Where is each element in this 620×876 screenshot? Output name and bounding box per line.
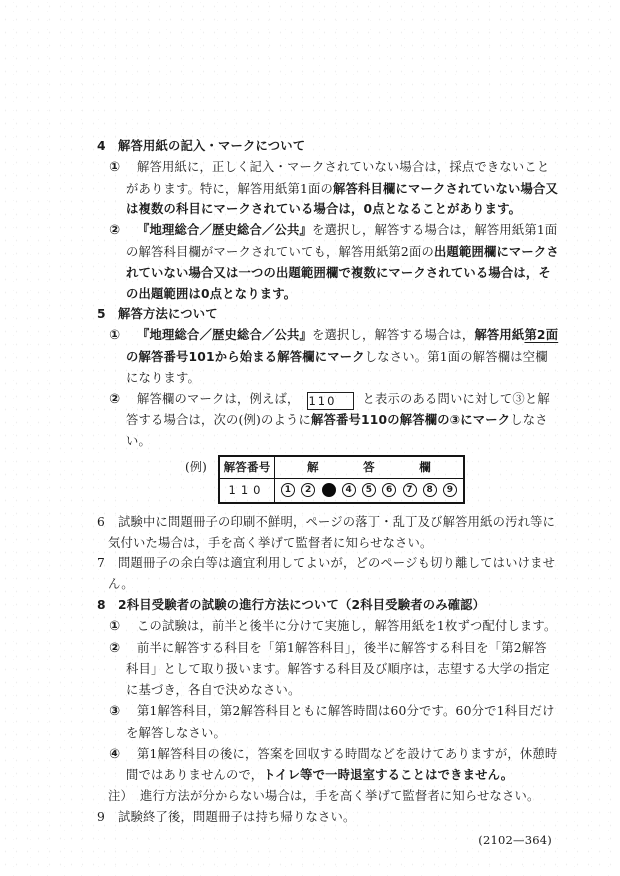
circled-2-marker: ② — [109, 221, 137, 242]
text-segment: トイレ等で一時退室することはできません。 — [263, 768, 513, 782]
section-8-title: 2科目受験者の試験の進行方法について（2科目受験者のみ確認） — [118, 598, 485, 612]
mark-bubble: 8 — [423, 483, 437, 497]
mark-bubble: 6 — [382, 483, 396, 497]
item-8-2-text: 前半に解答する科目を「第1解答科目」，後半に解答する科目を「第2解答科目」として… — [126, 641, 550, 698]
item-9-text: 試験終了後，問題冊子は持ち帰りなさい。 — [118, 810, 355, 824]
section-4-heading: 4解答用紙の記入・マークについて — [97, 136, 559, 157]
answer-example-table: 解答番号 解 答 欄 110 123456789 — [218, 455, 465, 504]
section-8-heading: 82科目受験者の試験の進行方法について（2科目受験者のみ確認） — [97, 595, 559, 616]
mark-bubble: 5 — [362, 483, 376, 497]
section-5-heading: 5解答方法について — [97, 304, 559, 325]
section-5-title: 解答方法について — [118, 307, 218, 321]
item-9: 9試験終了後，問題冊子は持ち帰りなさい。 — [97, 807, 559, 828]
note-line: 注）進行方法が分からない場合は，手を高く挙げて監督者に知らせなさい。 — [97, 786, 559, 807]
item-8-4-text: 第1解答科目の後に，答案を回収する時間などを設けてありますが，休憩時間ではありま… — [126, 747, 557, 783]
mark-bubble: 4 — [342, 483, 356, 497]
item-8-3: ③第1解答科目，第2解答科目ともに解答時間は60分です。60分で1科目だけを解答… — [97, 701, 559, 744]
answer-number-cell: 110 — [219, 478, 275, 503]
header-char: 答 — [363, 457, 375, 478]
text-segment: 解答用紙 — [474, 328, 524, 342]
mark-bubble-filled: 3 — [322, 483, 336, 497]
section-6-number: 6 — [97, 512, 118, 533]
item-4-2-text: 『地理総合／歴史総合／公共』を選択し，解答する場合は，解答用紙第1面の解答科目欄… — [126, 223, 559, 300]
item-4-2: ②『地理総合／歴史総合／公共』を選択し，解答する場合は，解答用紙第1面の解答科目… — [97, 220, 559, 304]
answer-column-header: 解 答 欄 — [275, 457, 463, 478]
text-segment: 第2面 — [524, 328, 558, 342]
exam-instructions-body: 4解答用紙の記入・マークについて ①解答用紙に，正しく記入・マークされていない場… — [97, 136, 559, 851]
text-segment: 『地理総合／歴史総合／公共』 — [137, 223, 312, 237]
item-8-2: ②前半に解答する科目を「第1解答科目」，後半に解答する科目を「第2解答科目」とし… — [97, 638, 559, 701]
item-8-3-text: 第1解答科目，第2解答科目ともに解答時間は60分です。60分で1科目だけを解答し… — [126, 704, 555, 740]
section-5-number: 5 — [97, 304, 118, 325]
section-7-number: 7 — [97, 553, 118, 574]
text-segment: を選択し，解答する場合は， — [312, 328, 474, 342]
example-label: (例) — [185, 455, 218, 478]
item-4-1: ①解答用紙に，正しく記入・マークされていない場合は，採点できないことがあります。… — [97, 157, 559, 220]
circled-1-marker: ① — [109, 158, 137, 179]
page-code: (2102—364) — [97, 830, 559, 851]
circled-1-marker: ① — [109, 617, 137, 638]
item-8-1: ①この試験は，前半と後半に分けて実施し，解答用紙を1枚ずつ配付します。 — [97, 616, 559, 638]
text-segment: 前半に解答する科目を「第1解答科目」，後半に解答する科目を「第2解答科目」として… — [126, 641, 550, 698]
mark-bubble: 7 — [403, 483, 417, 497]
note-marker: 注） — [108, 786, 140, 807]
text-segment: 解答番号110の解答欄の③にマーク — [311, 413, 510, 427]
answer-number-box: 110 — [307, 392, 354, 410]
section-8-number: 8 — [97, 595, 118, 616]
circled-1-marker: ① — [109, 326, 137, 347]
mark-bubbles-row: 123456789 — [275, 483, 463, 497]
item-6: 6試験中に問題冊子の印刷不鮮明，ページの落丁・乱丁及び解答用紙の汚れ等に気付いた… — [97, 512, 559, 554]
text-segment: の解答番号101から始まる解答欄にマーク — [126, 350, 365, 364]
note-text: 進行方法が分からない場合は，手を高く挙げて監督者に知らせなさい。 — [140, 789, 540, 803]
answer-example: (例) 解答番号 解 答 欄 110 123456789 — [185, 455, 559, 504]
item-8-4: ④第1解答科目の後に，答案を回収する時間などを設けてありますが，休憩時間ではあり… — [97, 744, 559, 787]
circled-3-marker: ③ — [109, 702, 137, 723]
item-7-text: 問題冊子の余白等は適宜利用してよいが，どのページも切り離してはいけません。 — [108, 556, 555, 591]
circled-2-marker: ② — [109, 639, 137, 660]
text-segment: この試験は，前半と後半に分けて実施し，解答用紙を1枚ずつ配付します。 — [137, 619, 556, 633]
text-segment: 解答欄のマークは，例えば， — [137, 392, 299, 406]
item-6-text: 試験中に問題冊子の印刷不鮮明，ページの落丁・乱丁及び解答用紙の汚れ等に気付いた場… — [108, 515, 555, 550]
mark-bubble: 1 — [281, 483, 295, 497]
text-segment: 第1解答科目，第2解答科目ともに解答時間は60分です。60分で1科目だけを解答し… — [126, 704, 555, 740]
mark-bubble: 9 — [443, 483, 457, 497]
section-4-title: 解答用紙の記入・マークについて — [118, 139, 305, 153]
item-5-2: ②解答欄のマークは，例えば，110と表示のある問いに対して③と解答する場合は，次… — [97, 389, 559, 452]
item-8-1-text: この試験は，前半と後半に分けて実施し，解答用紙を1枚ずつ配付します。 — [137, 619, 556, 633]
mark-bubble: 2 — [301, 483, 315, 497]
item-7: 7問題冊子の余白等は適宜利用してよいが，どのページも切り離してはいけません。 — [97, 553, 559, 595]
item-5-2-text: 解答欄のマークは，例えば，110と表示のある問いに対して③と解答する場合は，次の… — [126, 392, 550, 449]
item-5-1: ①『地理総合／歴史総合／公共』を選択し，解答する場合は，解答用紙第2面の解答番号… — [97, 325, 559, 388]
header-char: 解 — [307, 457, 319, 478]
section-9-number: 9 — [97, 807, 118, 828]
circled-4-marker: ④ — [109, 745, 137, 766]
item-5-1-text: 『地理総合／歴史総合／公共』を選択し，解答する場合は，解答用紙第2面の解答番号1… — [126, 328, 558, 385]
section-4-number: 4 — [97, 136, 118, 157]
text-segment: 『地理総合／歴史総合／公共』 — [137, 328, 312, 342]
header-char: 欄 — [419, 457, 431, 478]
answer-number-header: 解答番号 — [219, 456, 275, 478]
scanned-exam-instruction-page: 4解答用紙の記入・マークについて ①解答用紙に，正しく記入・マークされていない場… — [0, 0, 620, 876]
item-4-1-text: 解答用紙に，正しく記入・マークされていない場合は，採点できないことがあります。特… — [126, 160, 558, 217]
circled-2-marker: ② — [109, 390, 137, 411]
